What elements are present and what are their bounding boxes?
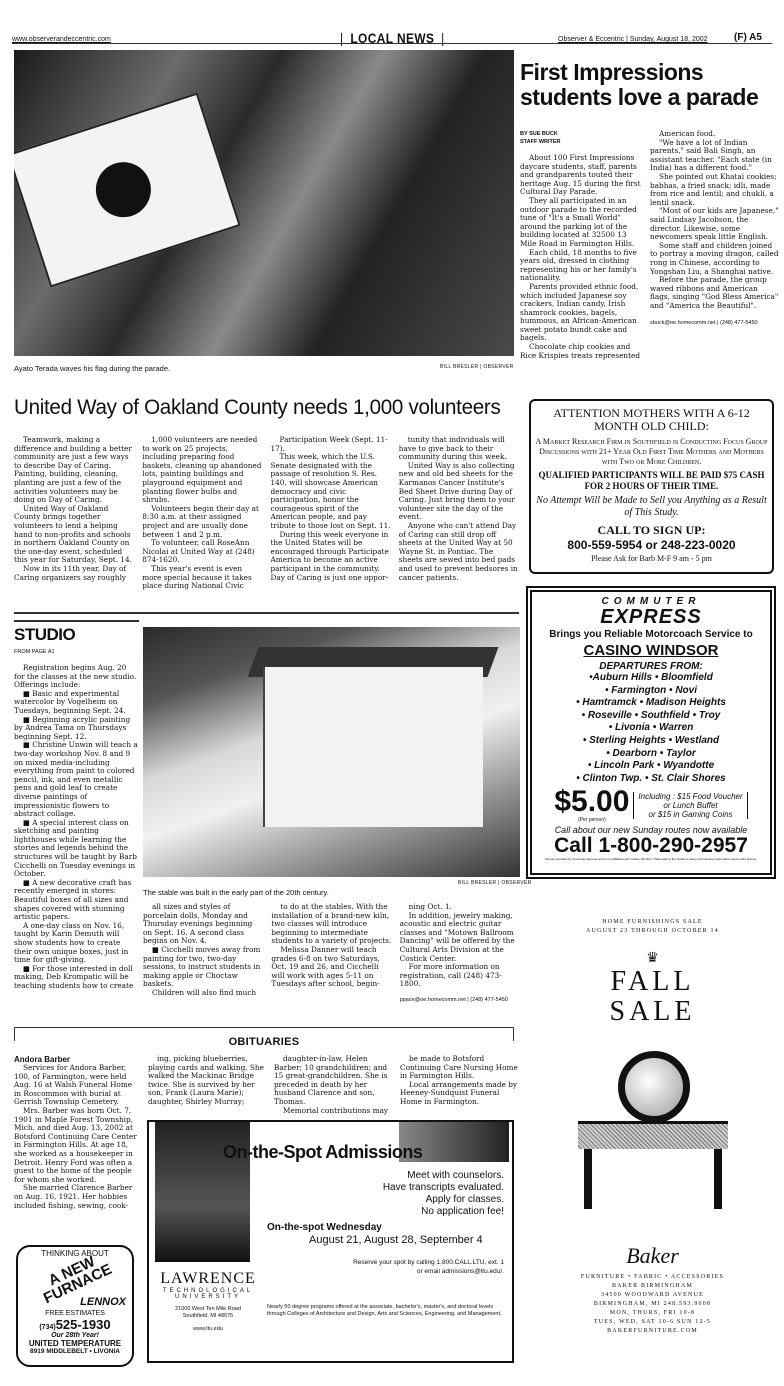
photo-caption: Ayato Terada waves his flag during the p… xyxy=(14,364,170,373)
ad-commuter-express: COMMUTER EXPRESS Brings you Reliable Mot… xyxy=(526,586,776,879)
city-item: • Clinton Twp. • St. Clair Shores xyxy=(532,773,770,786)
price: $5.00 xyxy=(554,787,629,817)
photo-credit: BILL BRESLER | OBSERVER xyxy=(440,364,514,370)
ad-lennox: THINKING ABOUT A NEW FURNACE LENNOX FREE… xyxy=(16,1245,134,1367)
tagline: Brings you Reliable Motorcoach Service t… xyxy=(532,629,770,640)
info-line: TUES, WED, SAT 10-6 SUN 12-5 xyxy=(530,1318,775,1327)
paragraph: United Way is also collecting new and ol… xyxy=(399,462,519,522)
stable-photo xyxy=(143,627,520,877)
paragraph: Before the parade, the group waved ribbo… xyxy=(650,276,780,310)
fine-print: Service provided by Commuter Express and… xyxy=(532,857,770,861)
paragraph: daughter-in-law, Helen Barber; 10 grandc… xyxy=(274,1055,392,1107)
parade-col-2: American food."We have a lot of Indian p… xyxy=(650,130,780,326)
paragraph: be made to Botsford Continuing Care Nurs… xyxy=(400,1055,518,1081)
parade-photo xyxy=(14,50,514,356)
headline-united-way: United Way of Oakland County needs 1,000… xyxy=(14,396,509,420)
stable-photo-caption: The stable was built in the early part o… xyxy=(143,888,329,897)
info-line: 34500 WOODWARD AVENUE xyxy=(530,1291,775,1300)
ad-baker-furniture: HOME FURNISHINGS SALE AUGUST 23 THROUGH … xyxy=(530,900,775,1336)
byline: BY SUE BUCK xyxy=(520,130,645,138)
obit-col-1: Andora Barber Services for Andora Barber… xyxy=(14,1055,139,1210)
destination: CASINO WINDSOR xyxy=(532,642,770,659)
baker-info: FURNITURE • FABRIC • ACCESSORIESBAKER BI… xyxy=(530,1273,775,1336)
ad-headline: ATTENTION MOTHERS WITH A 6-12 MONTH OLD … xyxy=(535,407,768,433)
info-line: BIRMINGHAM, MI 248.593.9608 xyxy=(530,1300,775,1309)
info-line: FURNITURE • FABRIC • ACCESSORIES xyxy=(530,1273,775,1282)
ad-pay: QUALIFIED PARTICIPANTS WILL BE PAID $75 … xyxy=(535,470,768,492)
united-way-body: Teamwork, making a difference and buildi… xyxy=(14,436,519,591)
studio-body: all sizes and styles of porcelain dolls,… xyxy=(143,903,520,1003)
departures-label: DEPARTURES FROM: xyxy=(532,661,770,672)
ltu-reserve: Reserve your spot by calling 1.800.CALL.… xyxy=(353,1258,504,1276)
paragraph: To volunteer, call RoseAnn Nicolai at Un… xyxy=(142,539,262,565)
paragraph: ing, picking blueberries, playing cards … xyxy=(148,1055,266,1107)
per-person: (Per person) xyxy=(554,817,629,823)
paragraph: tunity that individuals will have to giv… xyxy=(399,436,519,462)
jump-line: FROM PAGE A1 xyxy=(14,648,55,656)
ad-disclaimer: No Attempt Will be Made to Sell you Anyt… xyxy=(535,495,768,519)
stable-image xyxy=(263,667,483,827)
paragraph: ■ Cicchelli moves away from painting for… xyxy=(143,946,263,989)
paragraph: ■ A special interest class on sketching … xyxy=(14,819,139,879)
ad-ask: Please Ask for Barb M-F 9 am - 5 pm xyxy=(535,554,768,563)
paragraph: Now in its 11th year, Day of Caring orga… xyxy=(14,565,134,582)
ltu-address: 21000 West Ten Mile RoadSouthfield, MI 4… xyxy=(153,1306,263,1320)
paragraph: Each child, 18 months to five years old,… xyxy=(520,249,645,283)
reporter-contact[interactable]: sbuck@oe.homecomm.net | (248) 477-5450 xyxy=(650,320,780,326)
paragraph: Services for Andora Barber, 100, of Farm… xyxy=(14,1064,139,1107)
city-item: • Dearborn • Taylor xyxy=(532,748,770,761)
includes: Including : $15 Food Voucher or Lunch Bu… xyxy=(633,792,747,819)
paragraph: This year's event is even more special b… xyxy=(142,565,262,591)
paragraph: Chocolate chip cookies and Rice Krispies… xyxy=(520,343,645,360)
city-item: • Sterling Heights • Westland xyxy=(532,735,770,748)
ltu-title: On-the-Spot Admissions xyxy=(223,1142,422,1163)
paragraph: About 100 First Impressions daycare stud… xyxy=(520,154,645,197)
studio-contact[interactable]: ppace@oe.homecomm.net | (248) 477-5450 xyxy=(400,997,520,1003)
paragraph: Memorial contributions may xyxy=(274,1107,392,1116)
city-item: • Lincoln Park • Wyandotte xyxy=(532,760,770,773)
info-line: BAKER BIRMINGHAM xyxy=(530,1282,775,1291)
paragraph: During this week everyone in the United … xyxy=(271,531,391,583)
ad-body: A Market Research Firm in Southfield is … xyxy=(535,437,768,467)
paragraph: to do at the stables. With the installat… xyxy=(271,903,391,946)
price-row: $5.00(Per person) Including : $15 Food V… xyxy=(532,787,770,823)
paragraph: A one-day class on Nov. 16, taught by Ka… xyxy=(14,922,139,965)
ltu-logo: LAWRENCE TECHNOLOGICAL UNIVERSITY 21000 … xyxy=(153,1270,263,1332)
flag-image xyxy=(14,93,241,288)
paragraph: She married Clarence Barber on Aug. 16, … xyxy=(14,1184,139,1210)
ltu-bullets: Meet with counselors. Have transcripts e… xyxy=(383,1170,504,1218)
info-line: MON, THURS, FRI 10-8 xyxy=(530,1309,775,1318)
headline-studio: STUDIO xyxy=(14,625,75,645)
city-list: •Auburn Hills • Bloomfield• Farmington •… xyxy=(532,672,770,785)
paragraph: Parents provided ethnic food, which incl… xyxy=(520,283,645,343)
paragraph: 1,000 volunteers are needed to work on 2… xyxy=(142,436,262,505)
city-item: • Livonia • Warren xyxy=(532,722,770,735)
paragraph: She pointed out Khatai cookies; babhas, … xyxy=(650,173,780,207)
paragraph: They all participated in an outdoor para… xyxy=(520,197,645,249)
paragraph: ■ Christine Unwin will teach a two-day w… xyxy=(14,741,139,818)
paragraph: Local arrangements made by Heeney-Sundqu… xyxy=(400,1081,518,1107)
paragraph: Registration begins Aug. 20 for the clas… xyxy=(14,664,139,690)
lennox-phone[interactable]: (734)525-1930 xyxy=(18,1317,132,1332)
paragraph: Melissa Danner will teach grades 6-8 on … xyxy=(271,946,391,989)
ad-cta: CALL TO SIGN UP: xyxy=(535,523,768,538)
city-item: •Auburn Hills • Bloomfield xyxy=(532,672,770,685)
page-number: (F) A5 xyxy=(734,32,762,43)
baker-logo: Baker xyxy=(530,1243,775,1269)
lennox-company: UNITED TEMPERATURE xyxy=(18,1339,132,1348)
crown-icon: ♛ xyxy=(530,950,775,967)
ltu-dates: August 21, August 28, September 4 xyxy=(309,1234,483,1246)
paragraph: ■ Basic and experimental watercolor by V… xyxy=(14,690,139,716)
section-divider xyxy=(14,612,519,614)
ltu-programs: Nearly 50 degree programs offered at the… xyxy=(267,1304,507,1318)
masthead: www.observerandeccentric.com LOCAL NEWS … xyxy=(12,30,772,44)
headline-parade: First Impressions students love a parade xyxy=(520,60,780,110)
paragraph: Participation Week (Sept. 11-17). xyxy=(271,436,391,453)
ltu-website[interactable]: www.ltu.edu xyxy=(153,1326,263,1332)
lennox-address: 8919 MIDDLEBELT • LIVONIA xyxy=(18,1348,132,1355)
sale-heading: SALE xyxy=(530,997,775,1027)
paragraph: Mrs. Barber was born Oct. 7, 1901 in Map… xyxy=(14,1107,139,1184)
logo-express: EXPRESS xyxy=(532,607,770,627)
paragraph: In addition, jewelry making, acoustic an… xyxy=(400,912,520,964)
site-url[interactable]: www.observerandeccentric.com xyxy=(12,36,111,43)
studio-rule xyxy=(14,620,139,622)
paragraph: Anyone who can't attend Day of Caring ca… xyxy=(399,522,519,582)
paragraph: "We have a lot of Indian parents," said … xyxy=(650,139,780,173)
paragraph: Some staff and children joined to portra… xyxy=(650,242,780,276)
paragraph: "Most of our kids are Japanese," said Li… xyxy=(650,207,780,241)
byline-title: STAFF WRITER xyxy=(520,138,645,146)
chair-icon xyxy=(578,1051,728,1211)
ad-phones[interactable]: 800-559-5954 or 248-223-0020 xyxy=(535,538,768,552)
obit-body: ing, picking blueberries, playing cards … xyxy=(148,1055,518,1115)
info-line: BAKERFURNITURE.COM xyxy=(530,1327,775,1336)
paragraph: ■ A new decorative craft has recently em… xyxy=(14,879,139,922)
paragraph: United Way of Oakland County brings toge… xyxy=(14,505,134,565)
stable-photo-credit: BILL BRESLER | OBSERVER xyxy=(458,880,532,886)
paragraph: Children will also find much xyxy=(143,989,263,998)
sale-lines: HOME FURNISHINGS SALE AUGUST 23 THROUGH … xyxy=(530,918,775,936)
paragraph: For more information on registration, ca… xyxy=(400,963,520,989)
dateline: Observer & Eccentric | Sunday, August 18… xyxy=(558,36,708,43)
paragraph: This week, which the U.S. Senate designa… xyxy=(271,453,391,530)
city-item: • Roseville • Southfield • Troy xyxy=(532,710,770,723)
lennox-year: Our 28th Year! xyxy=(18,1332,132,1339)
paragraph: all sizes and styles of porcelain dolls,… xyxy=(143,903,263,946)
paragraph: ■ Beginning acrylic painting by Andrea T… xyxy=(14,716,139,742)
paragraph: ■ For those interested in doll making, D… xyxy=(14,965,139,991)
city-item: • Hamtramck • Madison Heights xyxy=(532,697,770,710)
ad-lawrence-tech: On-the-Spot Admissions Meet with counsel… xyxy=(147,1120,514,1363)
ad-phone[interactable]: Call 1-800-290-2957 xyxy=(532,835,770,857)
parade-col-1: BY SUE BUCK STAFF WRITER About 100 First… xyxy=(520,130,645,360)
city-item: • Farmington • Novi xyxy=(532,685,770,698)
ltu-wednesday: On-the-spot Wednesday xyxy=(267,1222,382,1233)
ad-focus-group: ATTENTION MOTHERS WITH A 6-12 MONTH OLD … xyxy=(529,399,774,574)
paragraph: Volunteers begin their day at 8:30 a.m. … xyxy=(142,505,262,539)
section-title: LOCAL NEWS xyxy=(340,30,445,46)
studio-col-1: Registration begins Aug. 20 for the clas… xyxy=(14,664,139,991)
obituaries-header: OBITUARIES xyxy=(14,1027,514,1041)
fall-heading: FALL xyxy=(530,967,775,997)
obituaries-title: OBITUARIES xyxy=(229,1036,300,1048)
paragraph: Teamwork, making a difference and buildi… xyxy=(14,436,134,505)
